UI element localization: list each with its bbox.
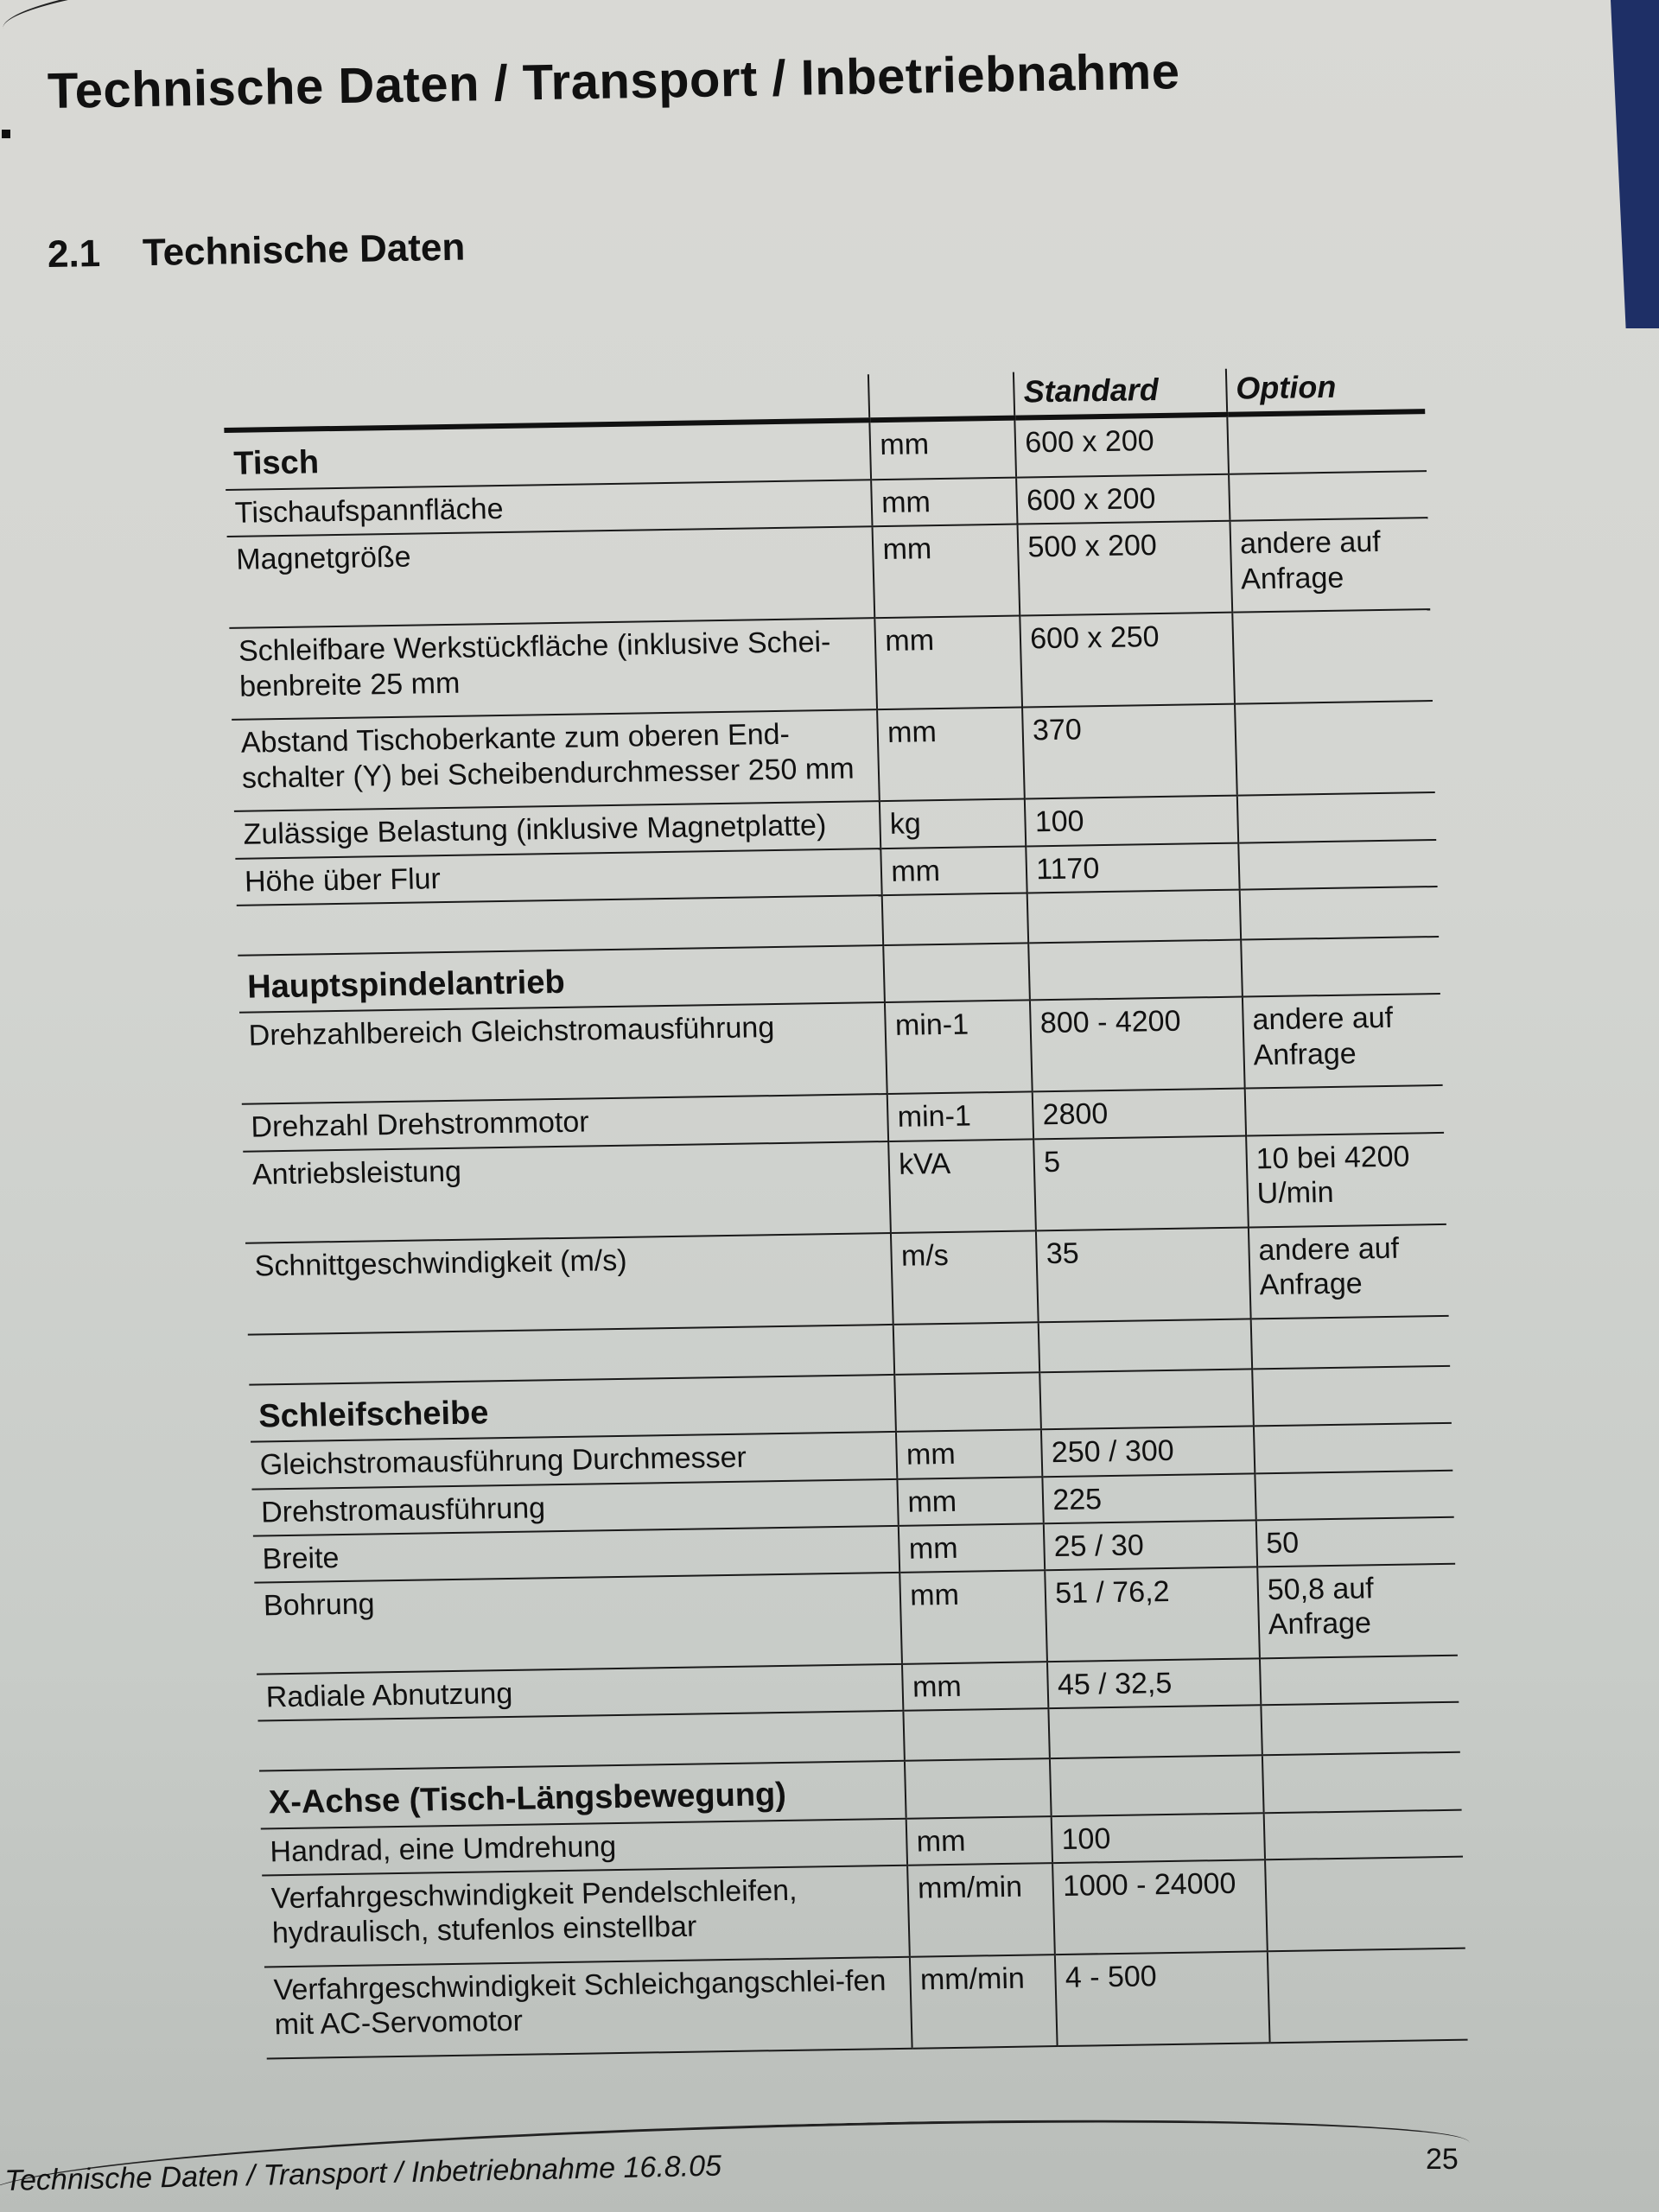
row-option-value [1261, 1702, 1460, 1756]
row-standard-value: 2800 [1033, 1089, 1246, 1139]
row-unit: m/s [891, 1230, 1039, 1325]
row-option-value [1237, 792, 1436, 842]
row-option-value [1255, 1470, 1453, 1520]
row-option-value [1252, 1365, 1452, 1426]
row-label: Verfahrgeschwindigkeit Schleichgangschle… [264, 1956, 912, 2058]
row-option-value: 50 [1256, 1516, 1455, 1567]
row-unit: mm [906, 1816, 1052, 1866]
footer-text: Technische Daten / Transport / Inbetrieb… [4, 2150, 721, 2198]
chapter-title: Technische Daten / Transport / Inbetrieb… [47, 42, 1180, 120]
row-option-value [1229, 471, 1427, 521]
row-unit: mm [899, 1523, 1045, 1573]
row-label: Schleifbare Werkstückfläche (inklusive S… [229, 619, 877, 721]
row-standard-value: 51 / 76,2 [1045, 1567, 1259, 1662]
row-unit [905, 1758, 1052, 1818]
binder-edge [1590, 0, 1659, 328]
table-body: Tischmm600 x 200Tischaufspannflächemm600… [224, 412, 1467, 2059]
row-label: Magnetgröße [227, 527, 875, 629]
row-standard-value: 35 [1036, 1227, 1250, 1322]
row-unit: mm [881, 846, 1027, 895]
row-option-value [1232, 609, 1433, 704]
row-option-value [1235, 701, 1435, 796]
row-label: Bohrung [254, 1573, 902, 1675]
row-option-value: andere auf Anfrage [1230, 518, 1430, 613]
row-label: Schleifscheibe [249, 1374, 896, 1442]
technical-data-table: Standard Option Tischmm600 x 200Tischauf… [223, 365, 1468, 2059]
row-standard-value: 250 / 300 [1041, 1427, 1255, 1477]
row-standard-value [1028, 939, 1242, 1001]
row-option-value [1241, 937, 1440, 997]
row-option-value [1262, 1752, 1462, 1813]
row-label: Verfahrgeschwindigkeit Pendelschleifen, … [262, 1866, 910, 1967]
row-unit [884, 943, 1031, 1002]
row-standard-value: 100 [1025, 796, 1238, 846]
row-unit [895, 1372, 1042, 1432]
row-option-value [1265, 1856, 1465, 1951]
row-standard-value: 45 / 32,5 [1047, 1658, 1261, 1708]
row-option-value [1240, 887, 1440, 940]
row-label: Abstand Tischoberkante zum oberen End-sc… [232, 710, 880, 812]
row-unit: mm [898, 1477, 1044, 1526]
row-unit: kg [880, 799, 1026, 849]
row-option-value: andere auf Anfrage [1249, 1224, 1449, 1319]
row-unit: mm [871, 478, 1017, 527]
row-unit: mm [896, 1430, 1042, 1479]
row-unit: mm [900, 1570, 1048, 1664]
row-standard-value: 1170 [1026, 842, 1239, 893]
row-label: X-Achse (Tisch-Längsbewegung) [259, 1761, 906, 1829]
row-standard-value [1049, 1705, 1262, 1758]
row-unit [893, 1322, 1039, 1375]
row-standard-value: 600 x 250 [1020, 613, 1235, 708]
row-option-value [1251, 1315, 1451, 1369]
row-option-value [1254, 1423, 1452, 1473]
chapter-number-fragment [2, 130, 10, 138]
header-unit [868, 372, 1014, 421]
row-option-value [1264, 1809, 1463, 1859]
row-standard-value: 225 [1043, 1473, 1256, 1523]
row-label: Hauptspindelantrieb [238, 945, 885, 1014]
row-option-value [1268, 1948, 1468, 2043]
section-title: Technische Daten [143, 226, 466, 275]
row-unit: kVA [888, 1139, 1036, 1233]
row-standard-value [1050, 1755, 1263, 1816]
row-option-value: andere auf Anfrage [1243, 994, 1443, 1089]
row-standard-value: 600 x 200 [1016, 474, 1230, 524]
row-unit [882, 893, 1028, 945]
row-unit: min-1 [887, 1092, 1033, 1141]
table-row: Verfahrgeschwindigkeit Schleichgangschle… [264, 1948, 1468, 2058]
header-standard: Standard [1014, 369, 1227, 418]
row-unit: min-1 [885, 1001, 1033, 1095]
row-standard-value: 1000 - 24000 [1052, 1859, 1267, 1955]
row-standard-value [1027, 889, 1241, 943]
row-standard-value: 500 x 200 [1018, 521, 1232, 616]
row-standard-value: 4 - 500 [1055, 1951, 1269, 2046]
section-heading: 2.1Technische Daten [48, 226, 466, 276]
row-option-value: 50,8 auf Anfrage [1257, 1563, 1458, 1658]
row-option-value [1245, 1085, 1444, 1135]
row-label: Antriebsleistung [243, 1141, 891, 1243]
row-unit: mm [902, 1662, 1048, 1711]
row-standard-value: 25 / 30 [1044, 1520, 1257, 1570]
header-option: Option [1226, 365, 1425, 415]
row-standard-value [1039, 1319, 1252, 1372]
row-unit: mm [877, 708, 1025, 802]
row-unit: mm/min [910, 1955, 1058, 2049]
row-standard-value [1039, 1369, 1253, 1430]
row-standard-value: 370 [1022, 704, 1236, 799]
row-label: Drehzahlbereich Gleichstromausführung [239, 1003, 887, 1105]
row-option-value [1238, 840, 1437, 890]
row-label: Schnittgeschwindigkeit (m/s) [245, 1233, 893, 1335]
row-unit: mm [875, 616, 1023, 710]
row-option-value [1227, 412, 1427, 474]
section-number: 2.1 [48, 232, 143, 276]
row-standard-value: 5 [1033, 1135, 1248, 1230]
row-unit: mm [870, 418, 1017, 480]
row-unit: mm/min [907, 1863, 1055, 1957]
page-number: 25 [1426, 2143, 1459, 2177]
row-unit: mm [873, 524, 1020, 619]
row-option-value [1260, 1655, 1459, 1705]
page-curl-decoration [0, 0, 157, 29]
row-option-value: 10 bei 4200 U/min [1246, 1132, 1446, 1227]
row-label: Tisch [224, 421, 871, 491]
row-standard-value: 800 - 4200 [1030, 997, 1244, 1092]
row-standard-value: 600 x 200 [1015, 415, 1229, 478]
row-unit [904, 1708, 1050, 1761]
row-standard-value: 100 [1052, 1813, 1265, 1863]
